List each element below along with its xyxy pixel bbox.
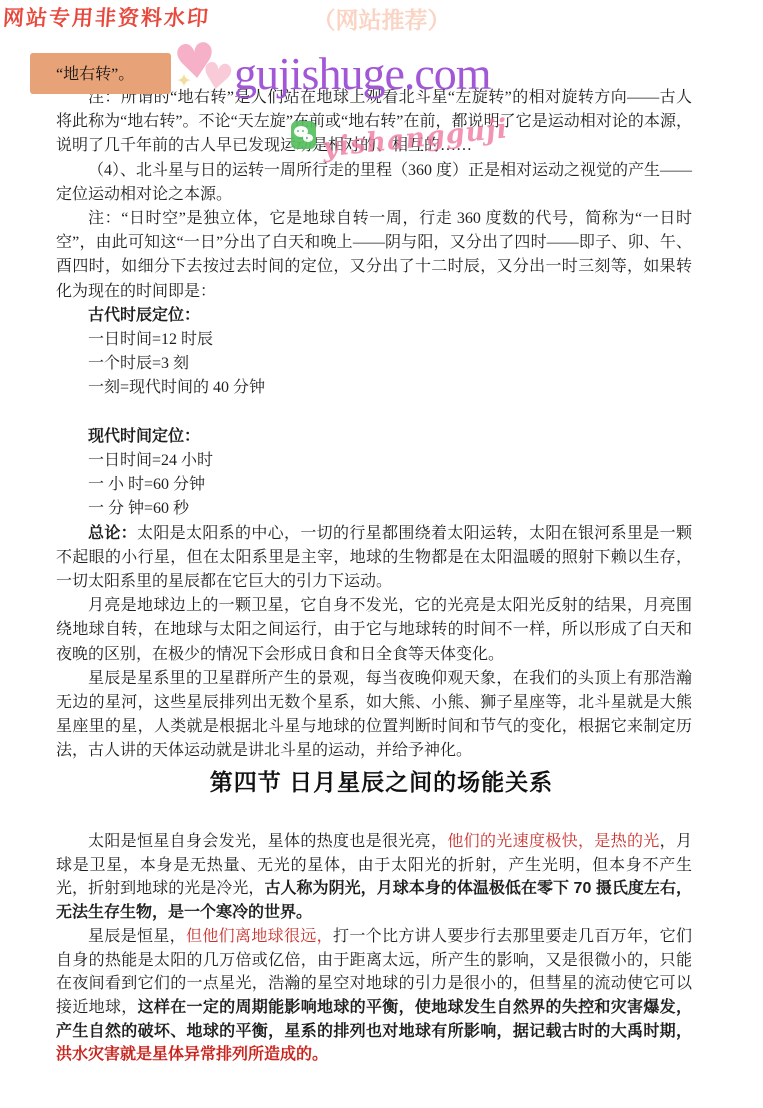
starfield-paragraph: 星辰是恒星，但他们离地球很远，打一个比方讲人要步行去那里要走几百万年，它们自身的… <box>56 925 692 1067</box>
ancient-time-title: 古代时辰定位： <box>56 304 692 328</box>
sparkle-icon: ✦ <box>176 72 192 91</box>
modern-time-line: 一日时间=24 小时 <box>56 449 692 473</box>
ancient-time-line: 一个时辰=3 刻 <box>56 352 692 376</box>
ancient-time-line: 一刻=现代时间的 40 分钟 <box>56 376 692 400</box>
site-logo-text: gujishuge.com <box>234 49 491 100</box>
body-text-lower: 太阳是恒星自身会发光，星体的热度也是很光亮，他们的光速度极快，是热的光，月球是卫… <box>56 830 692 1067</box>
red-phrase: 但他们离地球很远， <box>186 928 333 945</box>
wechat-icon <box>291 120 317 150</box>
stars-paragraph: 星辰是星系里的卫星群所产生的景观，每当夜晚仰观天象，在我们的头顶上有那浩瀚无边的… <box>56 667 692 764</box>
summary-label: 总论： <box>88 525 137 542</box>
heart-icon-small: ♥ <box>199 58 236 98</box>
wechat-icon-eye <box>306 137 308 139</box>
sun-text: 太阳是恒星自身会发光，星体的热度也是很光亮， <box>88 833 447 850</box>
ancient-time-line: 一日时间=12 时辰 <box>56 328 692 352</box>
document-page: 网站专用非资料水印 （网站推荐） “地右转”。 ♥ ♥ ✦ gujishuge.… <box>0 0 763 1108</box>
wechat-icon-eye <box>297 130 299 132</box>
modern-time-line: 一 小 时=60 分钟 <box>56 473 692 497</box>
red-bold-phrase: 洪水灾害就是星体异常排列所造成的。 <box>56 1046 328 1063</box>
sun-paragraph: 太阳是恒星自身会发光，星体的热度也是很光亮，他们的光速度极快，是热的光，月球是卫… <box>56 830 692 925</box>
modern-time-title: 现代时间定位： <box>56 425 692 449</box>
moon-paragraph: 月亮是地球边上的一颗卫星，它自身不发光，它的光亮是太阳光反射的结果，月亮围绕地球… <box>56 594 692 667</box>
body-text-upper: 注：所谓的“地右转”是人们站在地球上观看北斗星“左旋转”的相对旋转方向——古人将… <box>56 86 692 764</box>
obscured-heading-text: “地右转”。 <box>56 61 134 84</box>
paragraph-point-4: （4）、北斗星与日的运转一周所行走的里程（360 度）正是相对运动之视觉的产生—… <box>56 159 692 207</box>
wechat-icon-eye <box>302 130 304 132</box>
summary-text: 太阳是太阳系的中心，一切的行星都围绕着太阳运转，太阳在银河系里是一颗不起眼的小行… <box>56 525 692 590</box>
paragraph-note-daytime: 注：“日时空”是独立体，它是地球自转一周，行走 360 度数的代号，简称为“一日… <box>56 207 692 304</box>
blank-line <box>56 401 692 425</box>
red-phrase: 他们的光速度极快，是热的光 <box>447 833 659 850</box>
section-heading: 第四节 日月星辰之间的场能关系 <box>0 764 763 800</box>
bold-phrase: 这样在一定的周期能影响地球的平衡，使地球发生自然界的失控和灾害爆发，产生自然的破… <box>56 999 692 1040</box>
modern-time-line: 一 分 钟=60 秒 <box>56 497 692 521</box>
summary-paragraph: 总论：太阳是太阳系的中心，一切的行星都围绕着太阳运转，太阳在银河系里是一颗不起眼… <box>56 522 692 595</box>
recommend-badge-label: （网站推荐） <box>0 0 763 41</box>
starfield-text: 星辰是恒星， <box>88 928 186 945</box>
wechat-icon-bubble-small <box>303 134 313 142</box>
